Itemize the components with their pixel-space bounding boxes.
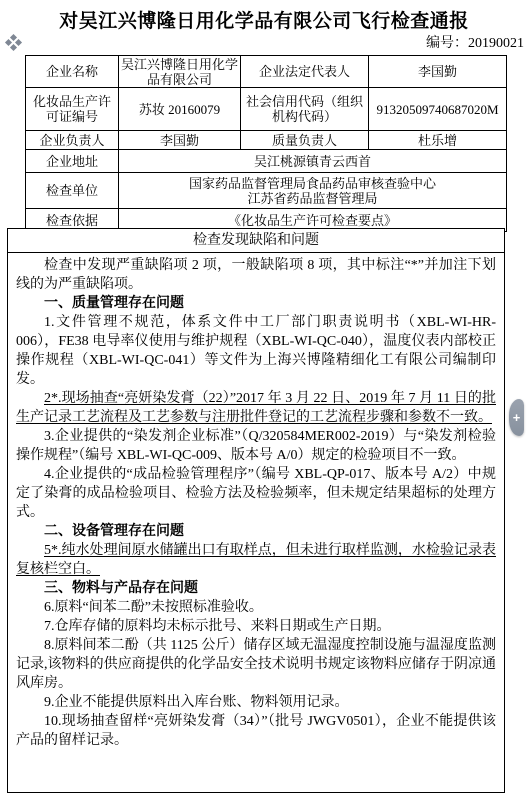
finding-item-5-severe: 5*.纯水处理间原水储罐出口有取样点，但未进行取样监测，水检验记录表复核栏空白。 xyxy=(16,541,496,579)
credit-code-label: 社会信用代码（组织机构代码） xyxy=(241,88,369,131)
plus-icon: + xyxy=(513,411,521,424)
company-name-label: 企业名称 xyxy=(26,56,119,88)
inspector-value: 国家药品监督管理局食品药品审核查验中心 江苏省药品监督管理局 xyxy=(119,173,507,209)
table-move-handle-icon[interactable] xyxy=(6,35,21,50)
doc-number: 编号：20190021 xyxy=(426,32,524,52)
finding-item-2-severe: 2*.现场抽查“亮妍染发膏（22）”2017 年 3 月 22 日、2019 年… xyxy=(16,389,496,427)
quality-head-label: 质量负责人 xyxy=(241,131,369,150)
address-value: 吴江桃源镇青云西首 xyxy=(119,150,507,173)
company-head-label: 企业负责人 xyxy=(26,131,119,150)
company-name-value: 吴江兴博隆日用化学品有限公司 xyxy=(119,56,241,88)
license-value: 苏妆 20160079 xyxy=(119,88,241,131)
inspector-label: 检查单位 xyxy=(26,173,119,209)
quality-head-value: 杜乐增 xyxy=(369,131,507,150)
expand-handle-button[interactable]: + xyxy=(509,399,524,436)
table-row: 检查单位 国家药品监督管理局食品药品审核查验中心 江苏省药品监督管理局 xyxy=(26,173,507,209)
finding-item-9: 9.企业不能提供原料出入库台账、物料领用记录。 xyxy=(16,693,496,712)
table-row: 企业地址 吴江桃源镇青云西首 xyxy=(26,150,507,173)
table-row: 企业负责人 李国勤 质量负责人 杜乐增 xyxy=(26,131,507,150)
finding-item-7: 7.仓库存储的原料均未标示批号、来料日期或生产日期。 xyxy=(16,617,496,636)
company-head-value: 李国勤 xyxy=(119,131,241,150)
legal-rep-value: 李国勤 xyxy=(369,56,507,88)
address-label: 企业地址 xyxy=(26,150,119,173)
finding-item-4: 4.企业提供的“成品检验管理程序”（编号 XBL-QP-017、版本号 A/2）… xyxy=(16,465,496,522)
section-3-heading: 三、物料与产品存在问题 xyxy=(16,579,496,598)
move-handle-diamond xyxy=(15,39,22,46)
legal-rep-label: 企业法定代表人 xyxy=(241,56,369,88)
table-row: 化妆品生产许可证编号 苏妆 20160079 社会信用代码（组织机构代码） 91… xyxy=(26,88,507,131)
finding-item-10: 10.现场抽查留样“亮妍染发膏（34）”（批号 JWGV0501），企业不能提供… xyxy=(16,712,496,750)
section-1-heading: 一、质量管理存在问题 xyxy=(16,294,496,313)
findings-body: 检查中发现严重缺陷项 2 项，一般缺陷项 8 项，其中标注“*”并加注下划线的为… xyxy=(8,253,504,750)
inspector-line-2: 江苏省药品监督管理局 xyxy=(121,191,504,206)
finding-item-6: 6.原料“间苯二酚”未按照标准验收。 xyxy=(16,598,496,617)
finding-item-1: 1.文件管理不规范，体系文件中工厂部门职责说明书（XBL-WI-HR-006），… xyxy=(16,313,496,389)
findings-section: 检查发现缺陷和问题 检查中发现严重缺陷项 2 项，一般缺陷项 8 项，其中标注“… xyxy=(7,228,505,793)
inspector-line-1: 国家药品监督管理局食品药品审核查验中心 xyxy=(121,176,504,191)
page-title: 对吴江兴博隆日用化学品有限公司飞行检查通报 xyxy=(0,6,528,33)
finding-item-8: 8.原料间苯二酚（共 1125 公斤）储存区域无温湿度控制设施与温湿度监测记录,… xyxy=(16,636,496,693)
company-info-table: 企业名称 吴江兴博隆日用化学品有限公司 企业法定代表人 李国勤 化妆品生产许可证… xyxy=(25,55,507,232)
table-row: 企业名称 吴江兴博隆日用化学品有限公司 企业法定代表人 李国勤 xyxy=(26,56,507,88)
credit-code-value: 91320509740687020M xyxy=(369,88,507,131)
move-handle-diamond xyxy=(10,44,17,51)
findings-intro: 检查中发现严重缺陷项 2 项，一般缺陷项 8 项，其中标注“*”并加注下划线的为… xyxy=(16,256,496,294)
license-label: 化妆品生产许可证编号 xyxy=(26,88,119,131)
section-2-heading: 二、设备管理存在问题 xyxy=(16,522,496,541)
finding-item-3: 3.企业提供的“染发剂企业标准”（Q/320584MER002-2019）与“染… xyxy=(16,427,496,465)
findings-section-title: 检查发现缺陷和问题 xyxy=(8,229,504,253)
